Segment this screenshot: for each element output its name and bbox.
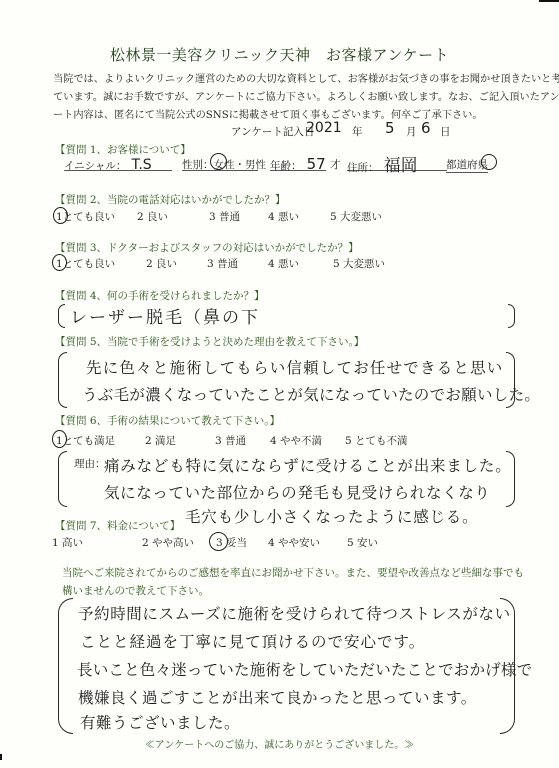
gender-selected-circle	[210, 153, 227, 170]
q7-option-2[interactable]: 2 やや高い	[142, 535, 194, 550]
address-field[interactable]: 住所： 福岡	[347, 151, 447, 171]
q6-selected-circle	[52, 430, 67, 448]
address-label: 住所：	[347, 162, 379, 174]
q3-selected-circle	[52, 254, 67, 271]
q2-option-2[interactable]: 2 良い	[137, 209, 168, 224]
month-label: 月	[406, 124, 417, 139]
q2-heading: 【質問 2、当院の電話対応はいかがでしたか？】	[55, 192, 286, 207]
answer-bracket-left	[58, 451, 67, 507]
initial-field[interactable]: イニシャル： T.S	[64, 154, 172, 171]
q6-option-4[interactable]: 4 やや不満	[270, 433, 322, 448]
q5-answer-line[interactable]: 先に色々と施術してもらい信頼してお任せできると思い	[86, 356, 504, 378]
age-label: 年齢：	[270, 160, 302, 172]
answer-bracket-left	[58, 352, 67, 408]
prefecture-selected-circle	[481, 154, 497, 170]
q3-option-2[interactable]: 2 良い	[146, 256, 177, 271]
answer-bracket-right	[508, 304, 515, 328]
footer-thanks: ≪アンケートへのご協力、誠にありがとうございました。≫	[0, 736, 559, 751]
q2-option-3[interactable]: 3 普通	[209, 209, 240, 224]
answer-bracket-left	[58, 304, 65, 328]
date-day[interactable]: 6	[421, 119, 431, 137]
comments-answer-line[interactable]: 予約時間にスムーズに施術を受けられて待つストレスがない	[78, 602, 511, 624]
q3-option-5[interactable]: 5 大変悪い	[333, 256, 385, 271]
q4-answer[interactable]: レーザー脱毛（鼻の下	[70, 303, 260, 328]
reason-label: 理由：	[74, 456, 106, 471]
comments-answer-line[interactable]: 長いこと色々迷っていた施術をしていただいたことでおかげ様で	[77, 658, 532, 680]
intro-line: ート内容は、匿名にて当院公式のSNSに掲載させて頂く事もございます。何卒ご了承下…	[53, 106, 483, 121]
comments-prompt-line: 当院へご来院されてからのご感想を率直にお聞かせ下さい。また、要望や改善点など些細…	[62, 565, 524, 580]
q6-option-3[interactable]: 3 普通	[215, 433, 246, 448]
comments-prompt-line: 構いませんので教えて下さい。	[62, 583, 209, 598]
q2-selected-circle	[53, 207, 68, 224]
q5-heading: 【質問 5、当院で手術を受けようと決めた理由を教えて下さい。】	[55, 334, 364, 349]
date-month[interactable]: 5	[385, 119, 395, 137]
scan-mark	[539, 0, 559, 2]
q6-answer-line[interactable]: 痛みなども特に気にならずに受けることが出来ました。	[104, 454, 512, 476]
age-field[interactable]: 年齢： 57	[270, 154, 326, 171]
gender-label: 性別：	[182, 159, 214, 171]
initial-label: イニシャル：	[64, 160, 126, 172]
comments-answer-line[interactable]: 有難うございました。	[80, 711, 240, 733]
comments-answer-line[interactable]: 機嫌良く過ごすことが出来て良かったと思っています。	[78, 686, 477, 708]
age-value: 57	[307, 155, 326, 173]
date-year[interactable]: 2021	[306, 120, 342, 136]
year-label: 年	[352, 124, 363, 139]
answer-bracket-left	[58, 598, 73, 734]
q7-option-5[interactable]: 5 安い	[347, 535, 378, 550]
q6-option-2[interactable]: 2 満足	[145, 433, 176, 448]
q6-answer-line[interactable]: 毛穴も少し小さくなったように感じる。	[185, 505, 478, 527]
scan-mark	[0, 754, 2, 760]
q3-option-3[interactable]: 3 普通	[207, 256, 238, 271]
age-unit: 才	[330, 157, 341, 172]
q7-selected-circle	[209, 532, 228, 551]
q6-heading: 【質問 6、手術の結果について教えて下さい。】	[55, 413, 280, 428]
q6-option-5[interactable]: 5 とても不満	[345, 433, 408, 448]
q2-option-4[interactable]: 4 悪い	[268, 209, 299, 224]
q6-answer-line[interactable]: 気になっていた部位からの発毛も見受けられなくなり	[104, 481, 490, 503]
q3-option-4[interactable]: 4 悪い	[268, 256, 299, 271]
day-label: 日	[440, 124, 451, 139]
q7-heading: 【質問 7、料金について】	[55, 518, 180, 533]
q7-option-4[interactable]: 4 やや安い	[268, 535, 320, 550]
intro-line: ています。誠にお手数ですが、アンケートにご協力下さい。よろしくお願い致します。な…	[53, 88, 559, 103]
q7-option-1[interactable]: 1 高い	[52, 535, 83, 550]
comments-answer-line[interactable]: ことと経過を丁寧に見て頂けるので安心です。	[80, 630, 425, 652]
q4-heading: 【質問 4、何の手術を受けられましたか？】	[55, 288, 265, 303]
q3-heading: 【質問 3、ドクターおよびスタッフの対応はいかがでしたか？】	[55, 240, 359, 255]
q5-answer-line[interactable]: うぶ毛が濃くなっていたことが気になっていたのでお願いした。	[82, 383, 540, 405]
intro-line: 当院では、よりよいクリニック運営のための大切な資料として、お客様がお気づきの事を…	[53, 70, 559, 85]
q2-option-5[interactable]: 5 大変悪い	[330, 209, 382, 224]
address-value: 福岡	[384, 156, 418, 176]
date-label: アンケート記入日	[231, 124, 314, 139]
page-title: 松林景一美容クリニック天神 お客様アンケート	[0, 44, 559, 65]
initial-value: T.S	[131, 157, 151, 173]
